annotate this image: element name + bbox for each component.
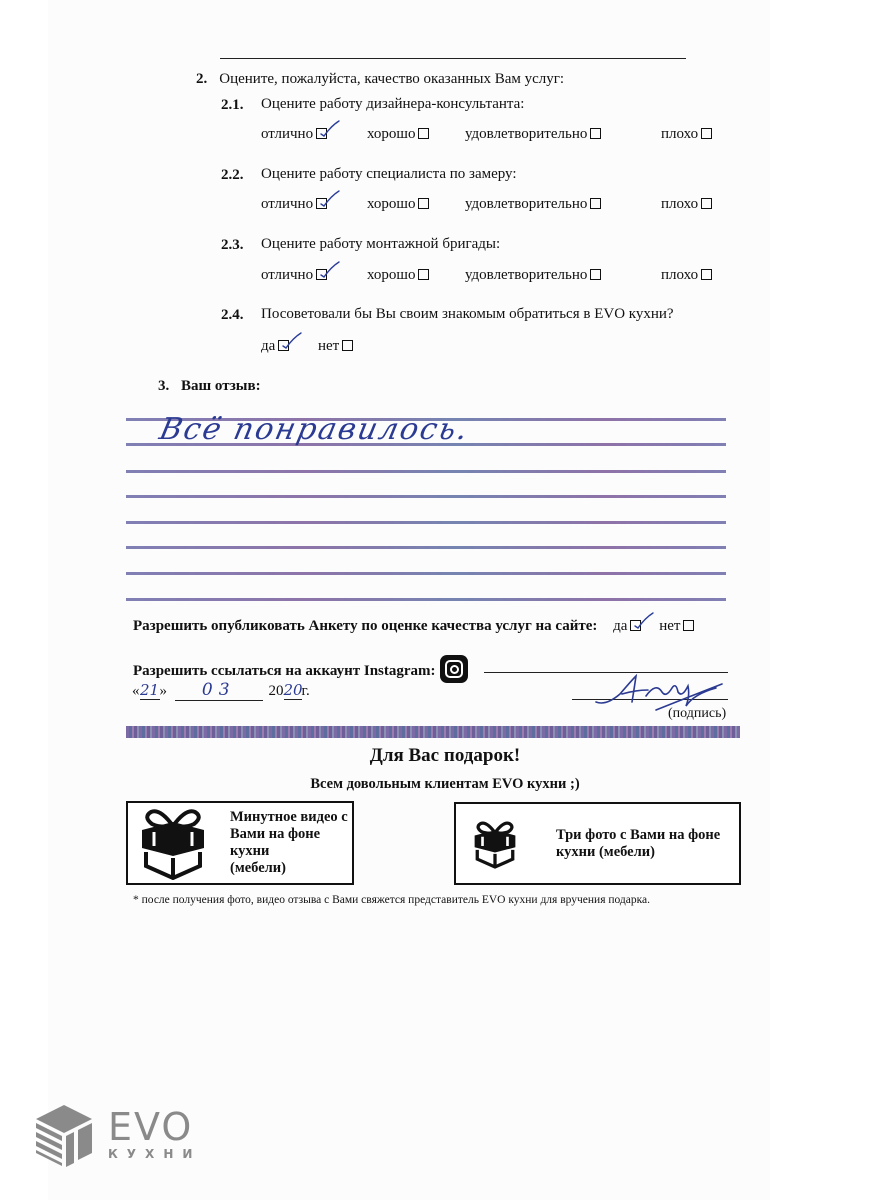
option-label: удовлетворительно (465, 126, 587, 142)
date-day[interactable]: 21 (140, 681, 160, 700)
option-3-4[interactable]: плохо (661, 267, 712, 284)
instagram-permission-label: Разрешить ссылаться на аккаунт Instagram… (133, 663, 436, 679)
checkbox-unchecked[interactable] (418, 198, 429, 209)
checkbox-unchecked[interactable] (701, 198, 712, 209)
date-year[interactable]: 20 (284, 681, 302, 700)
question-number: 2.1. (221, 97, 244, 113)
question-4: 2.4.Посоветовали бы Вы своим знакомым об… (221, 306, 244, 324)
question-text: Оцените работу дизайнера-консультанта: (261, 96, 524, 113)
logo-brand: EVO (108, 1109, 201, 1145)
gift-title: Для Вас подарок! (0, 745, 872, 767)
checkbox-checked[interactable] (278, 340, 289, 351)
checkbox-checked[interactable] (316, 269, 327, 280)
gift-subtitle: Всем довольным клиентам EVO кухни ;) (0, 776, 872, 793)
decorative-band (126, 726, 740, 738)
publish-option-no[interactable]: нет (659, 618, 694, 634)
question-number: 2.2. (221, 167, 244, 183)
option-2-1[interactable]: отлично (261, 196, 327, 213)
option-label: плохо (661, 267, 698, 283)
option-3-3[interactable]: удовлетворительно (465, 267, 601, 284)
option-2-4[interactable]: плохо (661, 196, 712, 213)
checkbox-checked[interactable] (316, 198, 327, 209)
section2-number: 2. (196, 71, 207, 87)
checkbox-unchecked[interactable] (342, 340, 353, 351)
option-label: отлично (261, 196, 313, 212)
option-1-1[interactable]: отлично (261, 126, 327, 143)
checkbox-unchecked[interactable] (590, 269, 601, 280)
review-line (126, 572, 726, 575)
question-text: Оцените работу монтажной бригады: (261, 236, 500, 253)
option-label: отлично (261, 126, 313, 142)
option-label: нет (318, 338, 339, 354)
review-line (126, 546, 726, 549)
option-label: хорошо (367, 196, 415, 212)
review-text[interactable]: Всё понравилось. (156, 412, 472, 447)
section2-title: Оцените, пожалуйста, качество оказанных … (219, 71, 564, 87)
publish-permission-label: Разрешить опубликовать Анкету по оценке … (133, 618, 597, 634)
logo-sub: КУХНИ (108, 1147, 201, 1161)
section3-title: Ваш отзыв: (181, 378, 261, 394)
checkbox-checked[interactable] (630, 620, 641, 631)
gift-card-video: Минутное видео с Вами на фоне кухни (меб… (126, 801, 354, 885)
option-label: удовлетворительно (465, 196, 587, 212)
publish-option-yes[interactable]: да (613, 618, 645, 634)
option-label: удовлетворительно (465, 267, 587, 283)
checkbox-unchecked[interactable] (590, 128, 601, 139)
option-2-2[interactable]: хорошо (367, 196, 429, 213)
option-1-4[interactable]: плохо (661, 126, 712, 143)
checkbox-unchecked[interactable] (590, 198, 601, 209)
option-1-2[interactable]: хорошо (367, 126, 429, 143)
date-month[interactable]: 03 (175, 680, 263, 701)
option-4-1[interactable]: да (261, 338, 289, 355)
cube-logo-icon (34, 1103, 94, 1167)
question-2: 2.2.Оцените работу специалиста по замеру… (221, 166, 244, 184)
option-4-2[interactable]: нет (318, 338, 353, 355)
gift-box-icon (472, 818, 518, 870)
option-label: да (261, 338, 275, 354)
option-label: отлично (261, 267, 313, 283)
question-text: Посоветовали бы Вы своим знакомым обрати… (261, 306, 674, 323)
question-number: 2.3. (221, 237, 244, 253)
gift-card-photo: Три фото с Вами на фоне кухни (мебели) (454, 802, 741, 885)
signature-caption: (подпись) (668, 706, 726, 722)
checkbox-unchecked[interactable] (701, 269, 712, 280)
gift-card-video-label: Минутное видео с Вами на фоне кухни (меб… (230, 809, 352, 877)
review-line (126, 495, 726, 498)
top-divider (220, 58, 686, 59)
instagram-icon (440, 655, 468, 683)
option-label: хорошо (367, 267, 415, 283)
gift-footnote: * после получения фото, видео отзыва с В… (133, 894, 650, 906)
option-1-3[interactable]: удовлетворительно (465, 126, 601, 143)
section3-number: 3. (158, 378, 169, 394)
section3-heading: 3. Ваш отзыв: (158, 378, 261, 395)
checkbox-checked[interactable] (316, 128, 327, 139)
review-line (126, 521, 726, 524)
review-line (126, 470, 726, 473)
question-3: 2.3.Оцените работу монтажной бригады: (221, 236, 244, 254)
option-label: плохо (661, 126, 698, 142)
checkbox-unchecked[interactable] (701, 128, 712, 139)
option-label: плохо (661, 196, 698, 212)
date-row: «21» 03 2020г. (132, 680, 310, 701)
checkbox-unchecked[interactable] (683, 620, 694, 631)
option-label: хорошо (367, 126, 415, 142)
section2-heading: 2. Оцените, пожалуйста, качество оказанн… (196, 70, 564, 88)
option-3-1[interactable]: отлично (261, 267, 327, 284)
question-text: Оцените работу специалиста по замеру: (261, 166, 517, 183)
checkbox-unchecked[interactable] (418, 128, 429, 139)
review-line (126, 598, 726, 601)
option-3-2[interactable]: хорошо (367, 267, 429, 284)
gift-card-photo-label: Три фото с Вами на фоне кухни (мебели) (556, 827, 720, 861)
option-2-3[interactable]: удовлетворительно (465, 196, 601, 213)
instagram-permission-row: Разрешить ссылаться на аккаунт Instagram… (133, 655, 468, 683)
question-number: 2.4. (221, 307, 244, 323)
evo-logo: EVO КУХНИ (34, 1103, 201, 1167)
checkbox-unchecked[interactable] (418, 269, 429, 280)
question-1: 2.1.Оцените работу дизайнера-консультант… (221, 96, 244, 114)
publish-permission-row: Разрешить опубликовать Анкету по оценке … (133, 618, 694, 635)
gift-box-icon (138, 806, 208, 880)
